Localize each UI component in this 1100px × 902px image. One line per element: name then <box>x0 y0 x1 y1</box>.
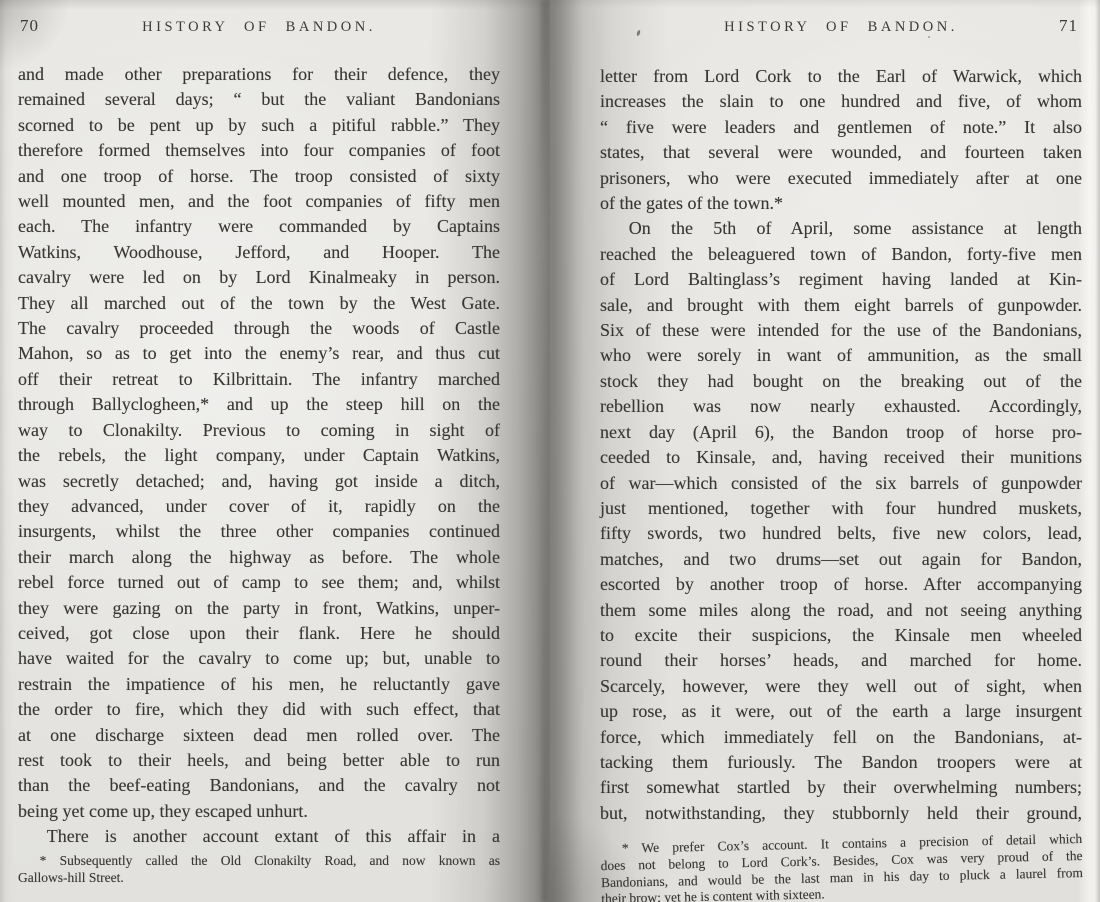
text-line: force, which immediately fell on the Ban… <box>600 725 1082 750</box>
text-line: they advanced, under cover of it, rapidl… <box>18 494 500 519</box>
text-line: There is another account extant of this … <box>18 824 500 849</box>
text-line: well mounted men, and the foot companies… <box>18 189 500 214</box>
text-line: their march along the highway as before.… <box>18 545 500 570</box>
text-line: up rose, as it were, out of the earth a … <box>600 699 1082 724</box>
text-line: letter from Lord Cork to the Earl of War… <box>600 64 1082 89</box>
text-line: remained several days; “ but the valiant… <box>18 87 500 112</box>
text-line: rest took to their heels, and being bett… <box>18 748 500 773</box>
book-spread: 70 HISTORY OF BANDON. and made other pre… <box>0 0 1100 902</box>
text-line: Six of these were intended for the use o… <box>600 318 1082 343</box>
body-text-left: and made other preparations for their de… <box>18 62 500 850</box>
text-line: prisoners, who were executed immediately… <box>600 166 1082 191</box>
text-line: the order to fire, which they did with s… <box>18 697 500 722</box>
text-line: off their retreat to Kilbrittain. The in… <box>18 367 500 392</box>
text-line: increases the slain to one hundred and f… <box>600 89 1082 114</box>
text-line: cavalry were led on by Lord Kinalmeaky i… <box>18 265 500 290</box>
text-line: tacking them furiously. The Bandon troop… <box>600 750 1082 775</box>
text-line: being yet come up, they escaped unhurt. <box>18 799 500 824</box>
running-title-left: HISTORY OF BANDON. <box>18 19 500 36</box>
text-line: ceived, got close upon their flank. Here… <box>18 621 500 646</box>
text-line: “ five were leaders and gentlemen of not… <box>600 115 1082 140</box>
page-number-right: 71 <box>1059 16 1078 36</box>
text-line: fifty swords, two hundred belts, five ne… <box>600 521 1082 546</box>
text-line: sale, and brought with them eight barrel… <box>600 293 1082 318</box>
text-line: Mahon, so as to get into the enemy’s rea… <box>18 341 500 366</box>
text-line: than the beef-eating Bandonians, and the… <box>18 773 500 798</box>
text-line: scorned to be pent up by such a pitiful … <box>18 113 500 138</box>
text-line: therefore formed themselves into four co… <box>18 138 500 163</box>
text-line: matches, and two drums—set out again for… <box>600 547 1082 572</box>
text-line: rebellion was now nearly exhausted. Acco… <box>600 394 1082 419</box>
text-line: of Lord Baltinglass’s regiment having la… <box>600 267 1082 292</box>
text-line: just mentioned, together with four hundr… <box>600 496 1082 521</box>
text-line: stock they had bought on the breaking ou… <box>600 369 1082 394</box>
text-line: Watkins, Woodhouse, Jefford, and Hooper.… <box>18 240 500 265</box>
text-line: rebel force turned out of camp to see th… <box>18 570 500 595</box>
text-line: They all marched out of the town by the … <box>18 291 500 316</box>
text-line: next day (April 6), the Bandon troop of … <box>600 420 1082 445</box>
text-line: was secretly detached; and, having got i… <box>18 469 500 494</box>
text-line: way to Clonakilty. Previous to coming in… <box>18 418 500 443</box>
page-right: HISTORY OF BANDON. 71 letter from Lord C… <box>550 0 1100 902</box>
text-line: On the 5th of April, some assistance at … <box>600 216 1082 241</box>
running-title-right: HISTORY OF BANDON. <box>600 19 1082 36</box>
text-line: at one discharge sixteen dead men rolled… <box>18 723 500 748</box>
text-line: and one troop of horse. The troop consis… <box>18 164 500 189</box>
text-line: The cavalry proceeded through the woods … <box>18 316 500 341</box>
text-line: they were gazing on the party in front, … <box>18 596 500 621</box>
text-line: Scarcely, however, were they well out of… <box>600 674 1082 699</box>
page-left: 70 HISTORY OF BANDON. and made other pre… <box>0 0 550 902</box>
scan-speck <box>928 36 930 38</box>
text-line: them some miles along the road, and not … <box>600 598 1082 623</box>
text-line: of the gates of the town.* <box>600 191 1082 216</box>
text-line: round their horses’ heads, and marched f… <box>600 648 1082 673</box>
footnote-left: * Subsequently called the Old Clonakilty… <box>18 853 500 887</box>
text-line: restrain the impatience of his men, he r… <box>18 672 500 697</box>
text-line: insurgents, whilst the three other compa… <box>18 519 500 544</box>
text-line: have waited for the cavalry to come up; … <box>18 646 500 671</box>
text-line: through Ballyclogheen,* and up the steep… <box>18 392 500 417</box>
text-line: of war—which consisted of the six barrel… <box>600 471 1082 496</box>
text-line: states, that several were wounded, and f… <box>600 140 1082 165</box>
text-line: the rebels, the light company, under Cap… <box>18 443 500 468</box>
text-line: to excite their suspicions, the Kinsale … <box>600 623 1082 648</box>
text-line: who were sorely in want of ammunition, a… <box>600 343 1082 368</box>
text-line: Gallows-hill Street. <box>18 870 500 887</box>
text-line: and made other preparations for their de… <box>18 62 500 87</box>
text-line: ceeded to Kinsale, and, having received … <box>600 445 1082 470</box>
text-line: escorted by another troop of horse. Afte… <box>600 572 1082 597</box>
text-line: * Subsequently called the Old Clonakilty… <box>18 853 500 870</box>
footnote-right: * We prefer Cox’s account. It contains a… <box>600 831 1083 902</box>
body-text-right: letter from Lord Cork to the Earl of War… <box>600 64 1082 826</box>
text-line: but, notwithstanding, they stubbornly he… <box>600 801 1082 826</box>
text-line: first somewhat startled by their overwhe… <box>600 775 1082 800</box>
text-line: each. The infantry were commanded by Cap… <box>18 214 500 239</box>
text-line: reached the beleaguered town of Bandon, … <box>600 242 1082 267</box>
